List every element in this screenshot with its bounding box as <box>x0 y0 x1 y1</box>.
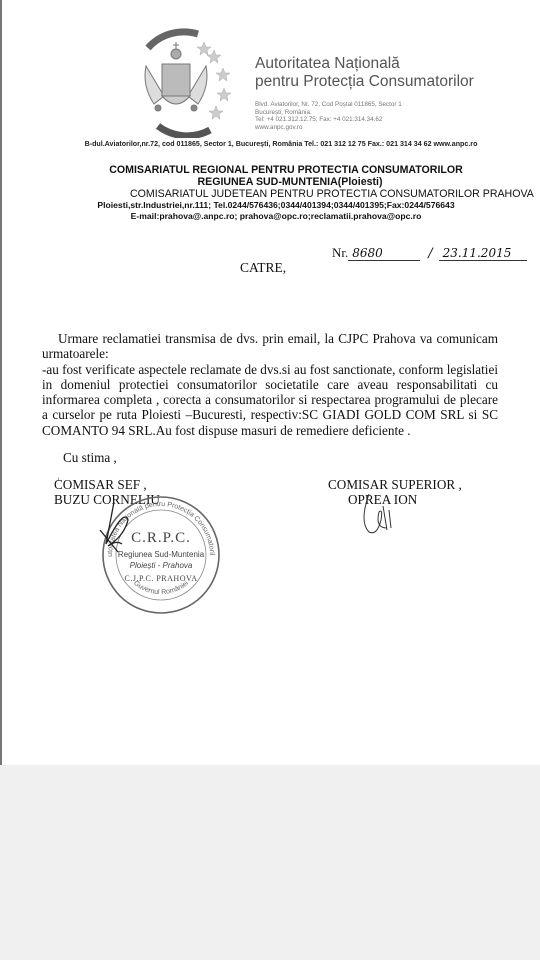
body-intro: Urmare reclamatiei transmisa de dvs. pri… <box>42 331 498 362</box>
stamp-city-text: Ploiești - Prahova <box>100 561 222 570</box>
headquarters-address: B-dul.Aviatorilor,nr.72, cod 011865, Sec… <box>2 140 540 148</box>
county-office-contact: Ploiesti,str.Industriei,nr.111; Tel.0244… <box>2 200 540 210</box>
authority-name: Autoritatea Națională pentru Protecția C… <box>255 55 474 91</box>
regional-office-title: COMISARIATUL REGIONAL PENTRU PROTECTIA C… <box>2 164 540 176</box>
registration-prefix: Nr. <box>332 245 348 260</box>
registration-number-value: 8680 <box>348 246 420 261</box>
recipient-label: CATRE, <box>240 260 286 276</box>
letter-body: Urmare reclamatiei transmisa de dvs. pri… <box>42 331 498 438</box>
signature-left-icon <box>94 500 144 560</box>
authority-address: Blvd. Aviatorilor, Nr. 72, Cod Poștal 01… <box>255 101 402 131</box>
stamp-office-text: C.J.P.C. PRAHOVA <box>100 574 222 583</box>
signature-right-icon <box>357 492 407 542</box>
county-office-title: COMISARIATUL JUDETEAN PENTRU PROTECTIA C… <box>30 188 540 200</box>
closing-salutation: Cu stima , <box>63 450 117 466</box>
registration-separator: / <box>428 246 432 261</box>
authority-name-line2: pentru Protecția Consumatorilor <box>255 73 474 91</box>
website-line: www.anpc.gov.ro <box>255 124 402 132</box>
authority-name-line1: Autoritatea Națională <box>255 55 474 73</box>
signatory-left-title: COMISAR SEF , <box>54 477 160 492</box>
contact-line: Tel: +4 021.312.12.75; Fax: +4 021.314.3… <box>255 116 402 124</box>
county-office-email: E-mail:prahova@.anpc.ro; prahova@opc.ro;… <box>2 211 540 221</box>
coat-of-arms-logo-icon <box>128 26 240 138</box>
registration-date: 23.11.2015 <box>439 246 527 261</box>
signatory-right-title: COMISAR SUPERIOR , <box>328 477 462 492</box>
letter-page: Autoritatea Națională pentru Protecția C… <box>0 0 540 765</box>
body-paragraph: -au fost verificate aspectele reclamate … <box>42 362 498 438</box>
region-name: REGIUNEA SUD-MUNTENIA(Ploiesti) <box>2 176 540 188</box>
address-line: București, România. <box>255 109 402 117</box>
registration-number: Nr.8680/23.11.2015 <box>332 245 527 261</box>
address-line: Blvd. Aviatorilor, Nr. 72, Cod Poștal 01… <box>255 101 402 109</box>
